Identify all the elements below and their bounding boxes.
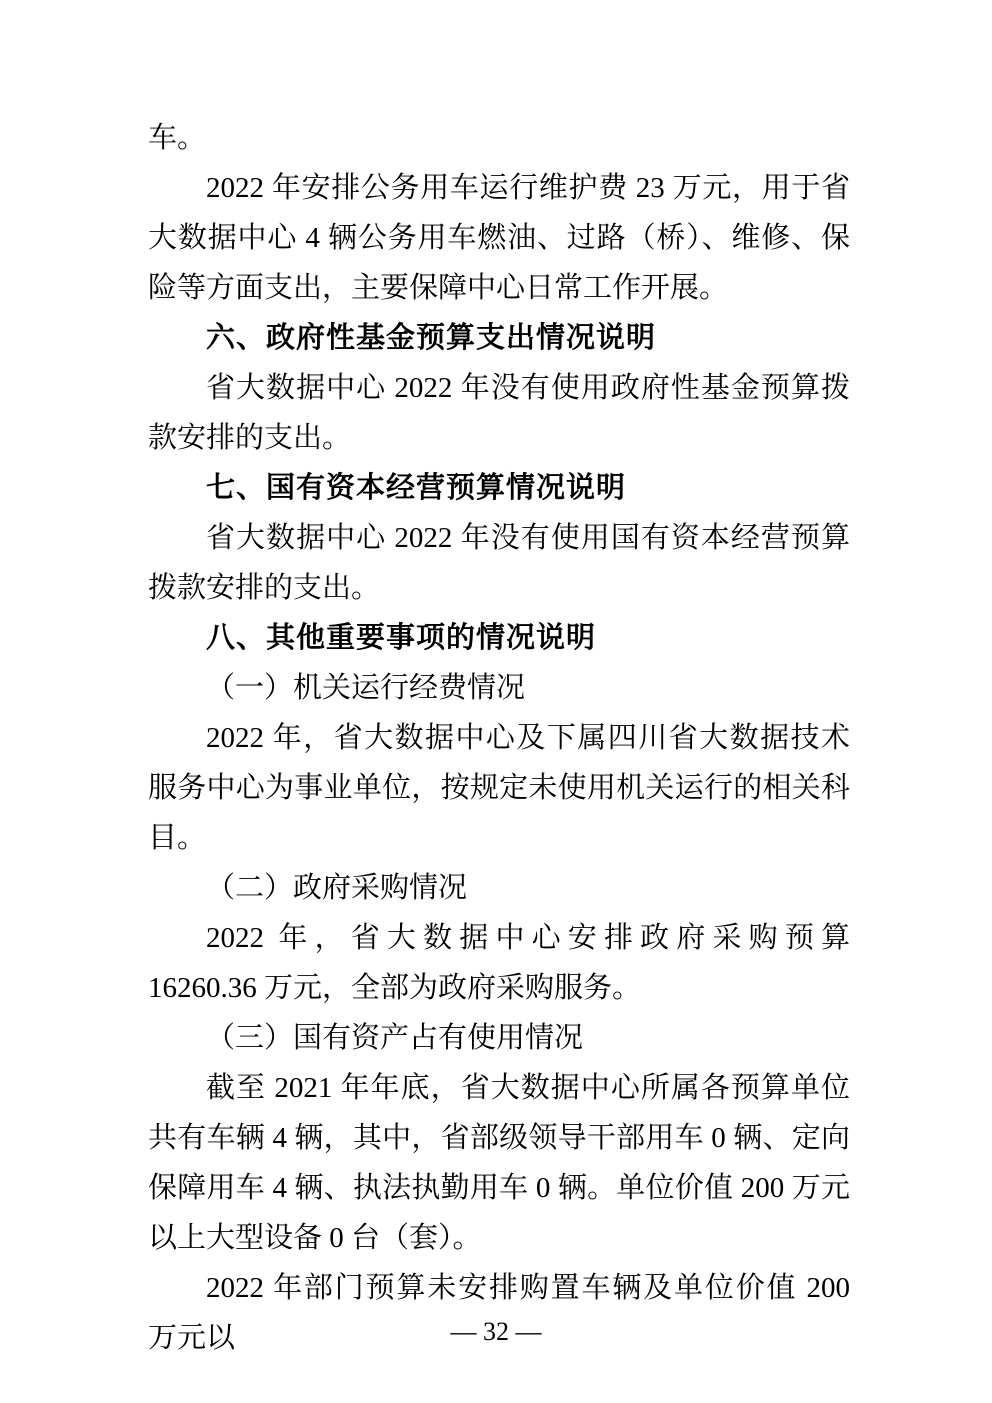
- section-heading: 八、其他重要事项的情况说明: [148, 613, 850, 663]
- paragraph-continuation: 车。: [148, 113, 850, 163]
- sub-heading: （三）国有资产占有使用情况: [148, 1013, 850, 1063]
- document-page: 车。2022 年安排公务用车运行维护费 23 万元，用于省大数据中心 4 辆公务…: [0, 0, 992, 1403]
- paragraph: 2022 年，省大数据中心安排政府采购预算 16260.36 万元，全部为政府采…: [148, 913, 850, 1013]
- page-footer: — 32 —: [0, 1312, 992, 1352]
- paragraph: 省大数据中心 2022 年没有使用政府性基金预算拨款安排的支出。: [148, 363, 850, 463]
- paragraph: 2022 年安排公务用车运行维护费 23 万元，用于省大数据中心 4 辆公务用车…: [148, 163, 850, 313]
- sub-heading: （二）政府采购情况: [148, 863, 850, 913]
- paragraph: 省大数据中心 2022 年没有使用国有资本经营预算拨款安排的支出。: [148, 513, 850, 613]
- document-body: 车。2022 年安排公务用车运行维护费 23 万元，用于省大数据中心 4 辆公务…: [148, 113, 850, 1363]
- page-number: — 32 —: [451, 1317, 542, 1346]
- sub-heading: （一）机关运行经费情况: [148, 663, 850, 713]
- section-heading: 六、政府性基金预算支出情况说明: [148, 313, 850, 363]
- paragraph: 2022 年，省大数据中心及下属四川省大数据技术服务中心为事业单位，按规定未使用…: [148, 713, 850, 863]
- section-heading: 七、国有资本经营预算情况说明: [148, 463, 850, 513]
- paragraph: 截至 2021 年年底，省大数据中心所属各预算单位共有车辆 4 辆，其中，省部级…: [148, 1063, 850, 1263]
